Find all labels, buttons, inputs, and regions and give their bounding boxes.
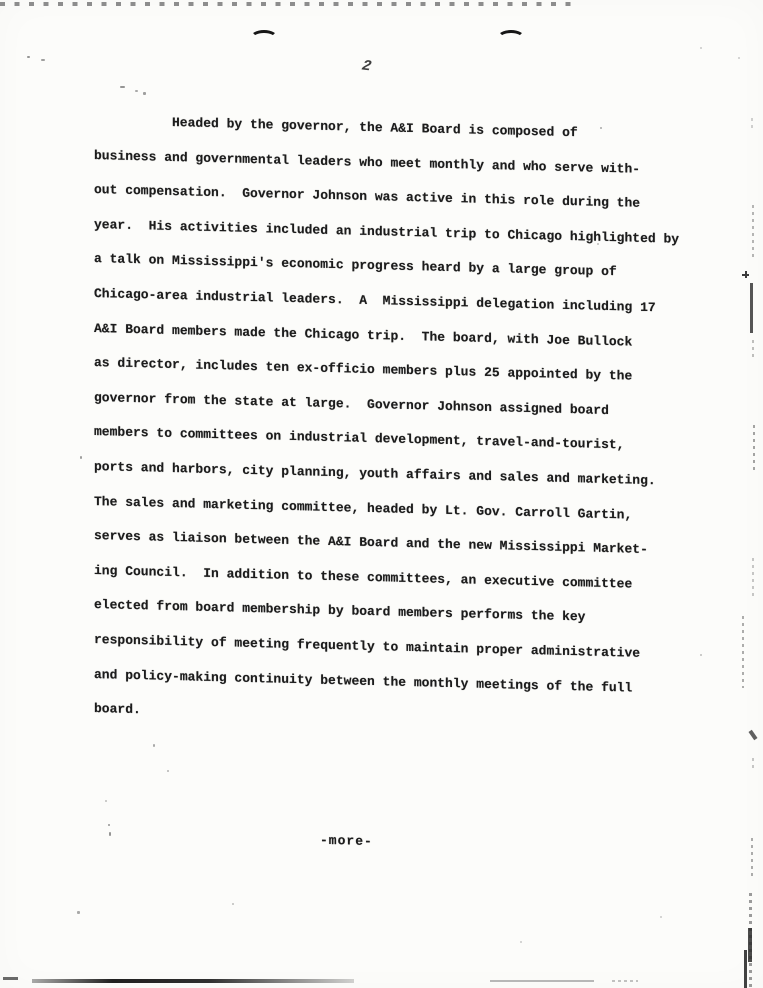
scan-bottom-line <box>3 977 18 980</box>
scan-bottom-line <box>32 979 354 983</box>
scan-speck <box>700 47 702 49</box>
scan-streak <box>751 118 753 132</box>
scan-speck <box>105 800 107 802</box>
scan-speck <box>27 56 30 58</box>
scan-speck <box>600 127 602 129</box>
scan-bottom-line <box>612 980 638 982</box>
scan-speck <box>660 916 662 918</box>
page-number: 2 <box>360 58 372 76</box>
scan-streak <box>748 730 757 740</box>
scan-streak <box>752 758 754 772</box>
scan-edge-dots <box>0 2 576 6</box>
scan-speck <box>153 744 155 747</box>
scan-streak <box>752 558 754 598</box>
scan-streak <box>752 340 754 360</box>
scan-streak <box>742 616 744 688</box>
scan-streak <box>753 425 755 473</box>
scan-bottom-line <box>490 980 594 982</box>
scan-streak <box>748 928 752 962</box>
document-text: Headed by the governor, the A&I Board is… <box>94 104 734 868</box>
scan-speck <box>738 57 740 59</box>
scan-streak <box>750 283 753 333</box>
scan-streak <box>744 950 747 988</box>
footer-more: -more- <box>94 818 734 869</box>
scan-speck <box>700 654 702 656</box>
scan-speck <box>232 903 234 905</box>
scan-speck <box>80 456 82 459</box>
plus-artifact <box>742 274 749 276</box>
staple-mark-left <box>250 30 278 46</box>
scan-streak <box>751 838 753 878</box>
scan-speck <box>135 90 138 92</box>
staple-mark-right <box>497 30 525 46</box>
scan-speck <box>167 770 169 772</box>
scan-speck <box>77 911 80 914</box>
scan-speck <box>41 59 45 61</box>
scan-speck <box>597 243 599 245</box>
scan-speck <box>108 824 110 826</box>
scan-streak <box>752 205 754 260</box>
scanned-page: 2 Headed by the governor, the A&I Board … <box>0 0 763 988</box>
scan-speck <box>520 941 522 943</box>
scan-speck <box>109 832 111 836</box>
scan-speck <box>120 86 125 88</box>
scan-speck <box>143 92 146 95</box>
